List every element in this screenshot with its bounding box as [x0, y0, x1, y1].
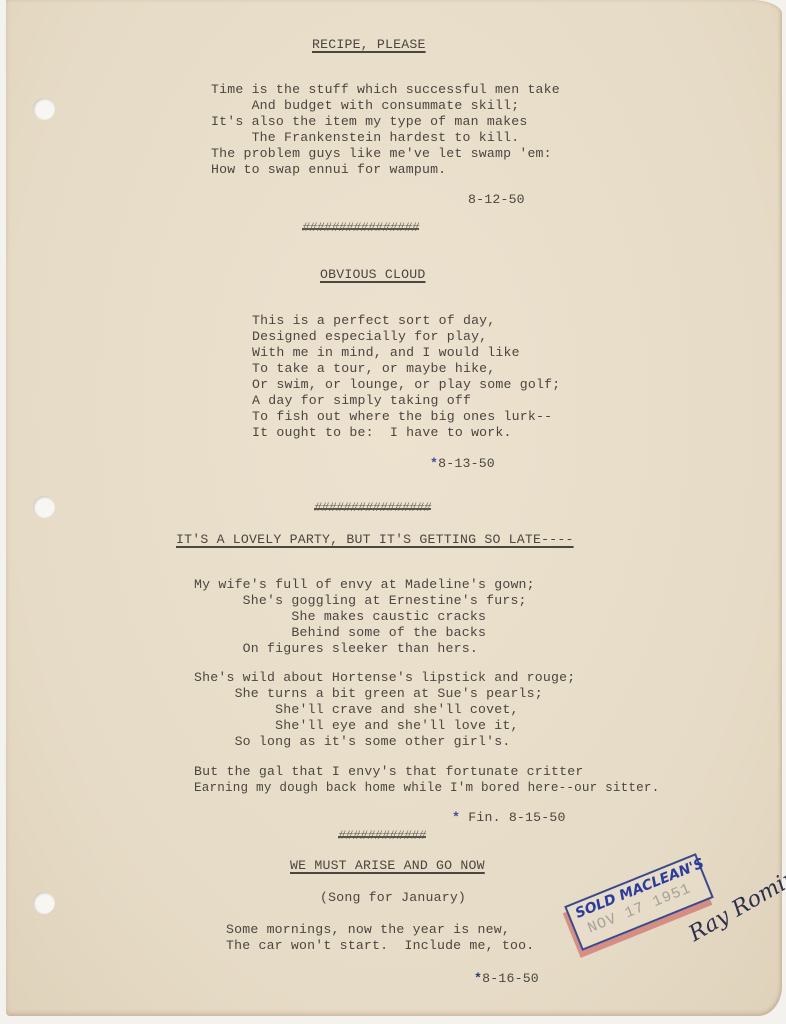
poem-line: It ought to be: I have to work. — [252, 425, 512, 441]
punch-hole — [33, 892, 55, 914]
poem-line: She's wild about Hortense's lipstick and… — [194, 670, 575, 686]
poem-line: The problem guys like me've let swamp 'e… — [211, 146, 552, 162]
poem-line: Behind some of the backs — [194, 625, 486, 641]
poem-date: 8-12-50 — [468, 192, 525, 208]
poem-line: But the gal that I envy's that fortunate… — [194, 764, 583, 780]
separator: ################ — [314, 500, 431, 515]
poem-line: Designed especially for play, — [252, 329, 487, 345]
poem-title: WE MUST ARISE AND GO NOW — [290, 858, 485, 874]
poem-line: To fish out where the big ones lurk-- — [252, 409, 552, 425]
poem-line: Some mornings, now the year is new, — [226, 922, 510, 938]
asterisk-mark-icon: * — [430, 456, 438, 471]
poem-line: To take a tour, or maybe hike, — [252, 361, 495, 377]
poem-line: Or swim, or lounge, or play some golf; — [252, 377, 560, 393]
poem-title: RECIPE, PLEASE — [312, 37, 426, 53]
poem-date-line: *8-16-50 — [474, 971, 539, 987]
poem-line: Earning my dough back home while I'm bor… — [194, 780, 659, 796]
punch-hole — [33, 98, 55, 120]
poem-date: Fin. 8-15-50 — [468, 810, 565, 825]
poem-line: With me in mind, and I would like — [252, 345, 520, 361]
poem-line: This is a perfect sort of day, — [252, 313, 495, 329]
asterisk-mark-icon: * — [474, 971, 482, 986]
poem-line: She's goggling at Ernestine's furs; — [194, 593, 527, 609]
separator: ################ — [302, 220, 419, 235]
poem-date: 8-16-50 — [482, 971, 539, 986]
poem-line: And budget with consummate skill; — [211, 98, 519, 114]
punch-hole — [33, 496, 55, 518]
poem-line: So long as it's some other girl's. — [194, 734, 510, 750]
poem-line: Time is the stuff which successful men t… — [211, 82, 560, 98]
poem-line: She'll eye and she'll love it, — [194, 718, 519, 734]
poem-title: IT'S A LOVELY PARTY, BUT IT'S GETTING SO… — [176, 532, 574, 548]
poem-line: A day for simply taking off — [252, 393, 471, 409]
asterisk-mark-icon: * — [452, 810, 460, 825]
poem-date: 8-13-50 — [438, 456, 495, 471]
poem-line: She turns a bit green at Sue's pearls; — [194, 686, 543, 702]
poem-line: She'll crave and she'll covet, — [194, 702, 519, 718]
poem-line: How to swap ennui for wampum. — [211, 162, 446, 178]
poem-title: OBVIOUS CLOUD — [320, 267, 425, 283]
poem-date-line: *8-13-50 — [430, 456, 495, 472]
separator: ############ — [338, 828, 426, 843]
poem-line: It's also the item my type of man makes — [211, 114, 527, 130]
poem-date-line: * Fin. 8-15-50 — [452, 810, 566, 826]
poem-line: The Frankenstein hardest to kill. — [211, 130, 519, 146]
poem-line: On figures sleeker than hers. — [194, 641, 478, 657]
poem-line: She makes caustic cracks — [194, 609, 486, 625]
poem-subtitle: (Song for January) — [320, 890, 466, 906]
poem-line: My wife's full of envy at Madeline's gow… — [194, 577, 535, 593]
poem-line: The car won't start. Include me, too. — [226, 938, 534, 954]
